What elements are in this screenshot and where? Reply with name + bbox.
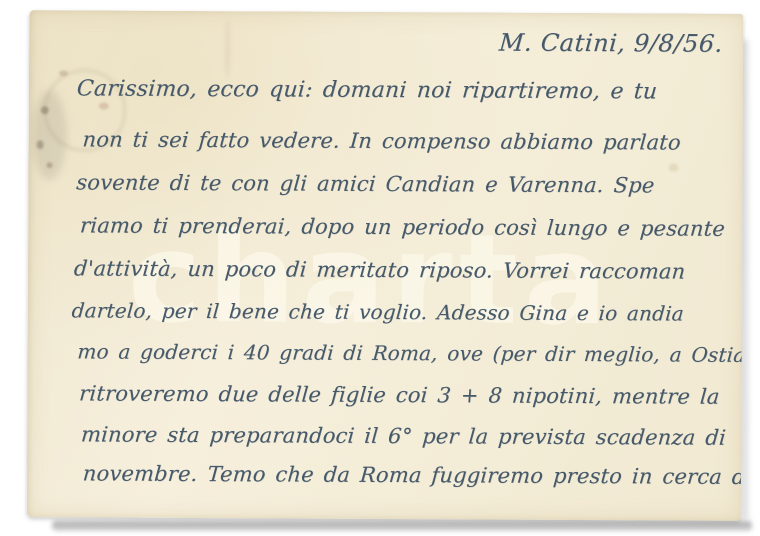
stain: [47, 162, 53, 168]
handwriting-line: Carissimo, ecco qui: domani noi ripartir…: [76, 76, 658, 104]
stain: [99, 102, 109, 109]
handwriting-line: dartelo, per il bene che ti voglio. Ades…: [71, 298, 685, 325]
card-shadow: [52, 521, 752, 531]
handwriting-line: sovente di te con gli amici Candian e Va…: [76, 170, 656, 197]
scan-background: charta M. Catini, 9/8/56. Carissimo, ecc…: [0, 0, 760, 536]
stain: [668, 163, 678, 171]
handwriting-line: novembre. Temo che da Roma fuggiremo pre…: [82, 461, 743, 488]
dateline: M. Catini, 9/8/56.: [498, 29, 724, 58]
handwriting-line: minore sta preparandoci il 6° per la pre…: [80, 422, 727, 449]
stain: [59, 70, 68, 76]
handwriting-line: mo a goderci i 40 gradi di Roma, ove (pe…: [77, 339, 744, 367]
stain: [41, 106, 49, 114]
handwriting-line: non ti sei fatto vedere. In compenso abb…: [82, 127, 682, 154]
handwriting-line: d'attività, un poco di meritato riposo. …: [73, 256, 686, 283]
card-shadow-right: [742, 40, 748, 520]
postcard: charta M. Catini, 9/8/56. Carissimo, ecc…: [27, 10, 744, 521]
stain: [37, 140, 44, 149]
handwriting-line: riamo ti prenderai, dopo un periodo così…: [79, 213, 726, 240]
handwriting-line: ritroveremo due delle figlie coi 3 + 8 n…: [78, 381, 720, 408]
stain: [225, 19, 230, 79]
